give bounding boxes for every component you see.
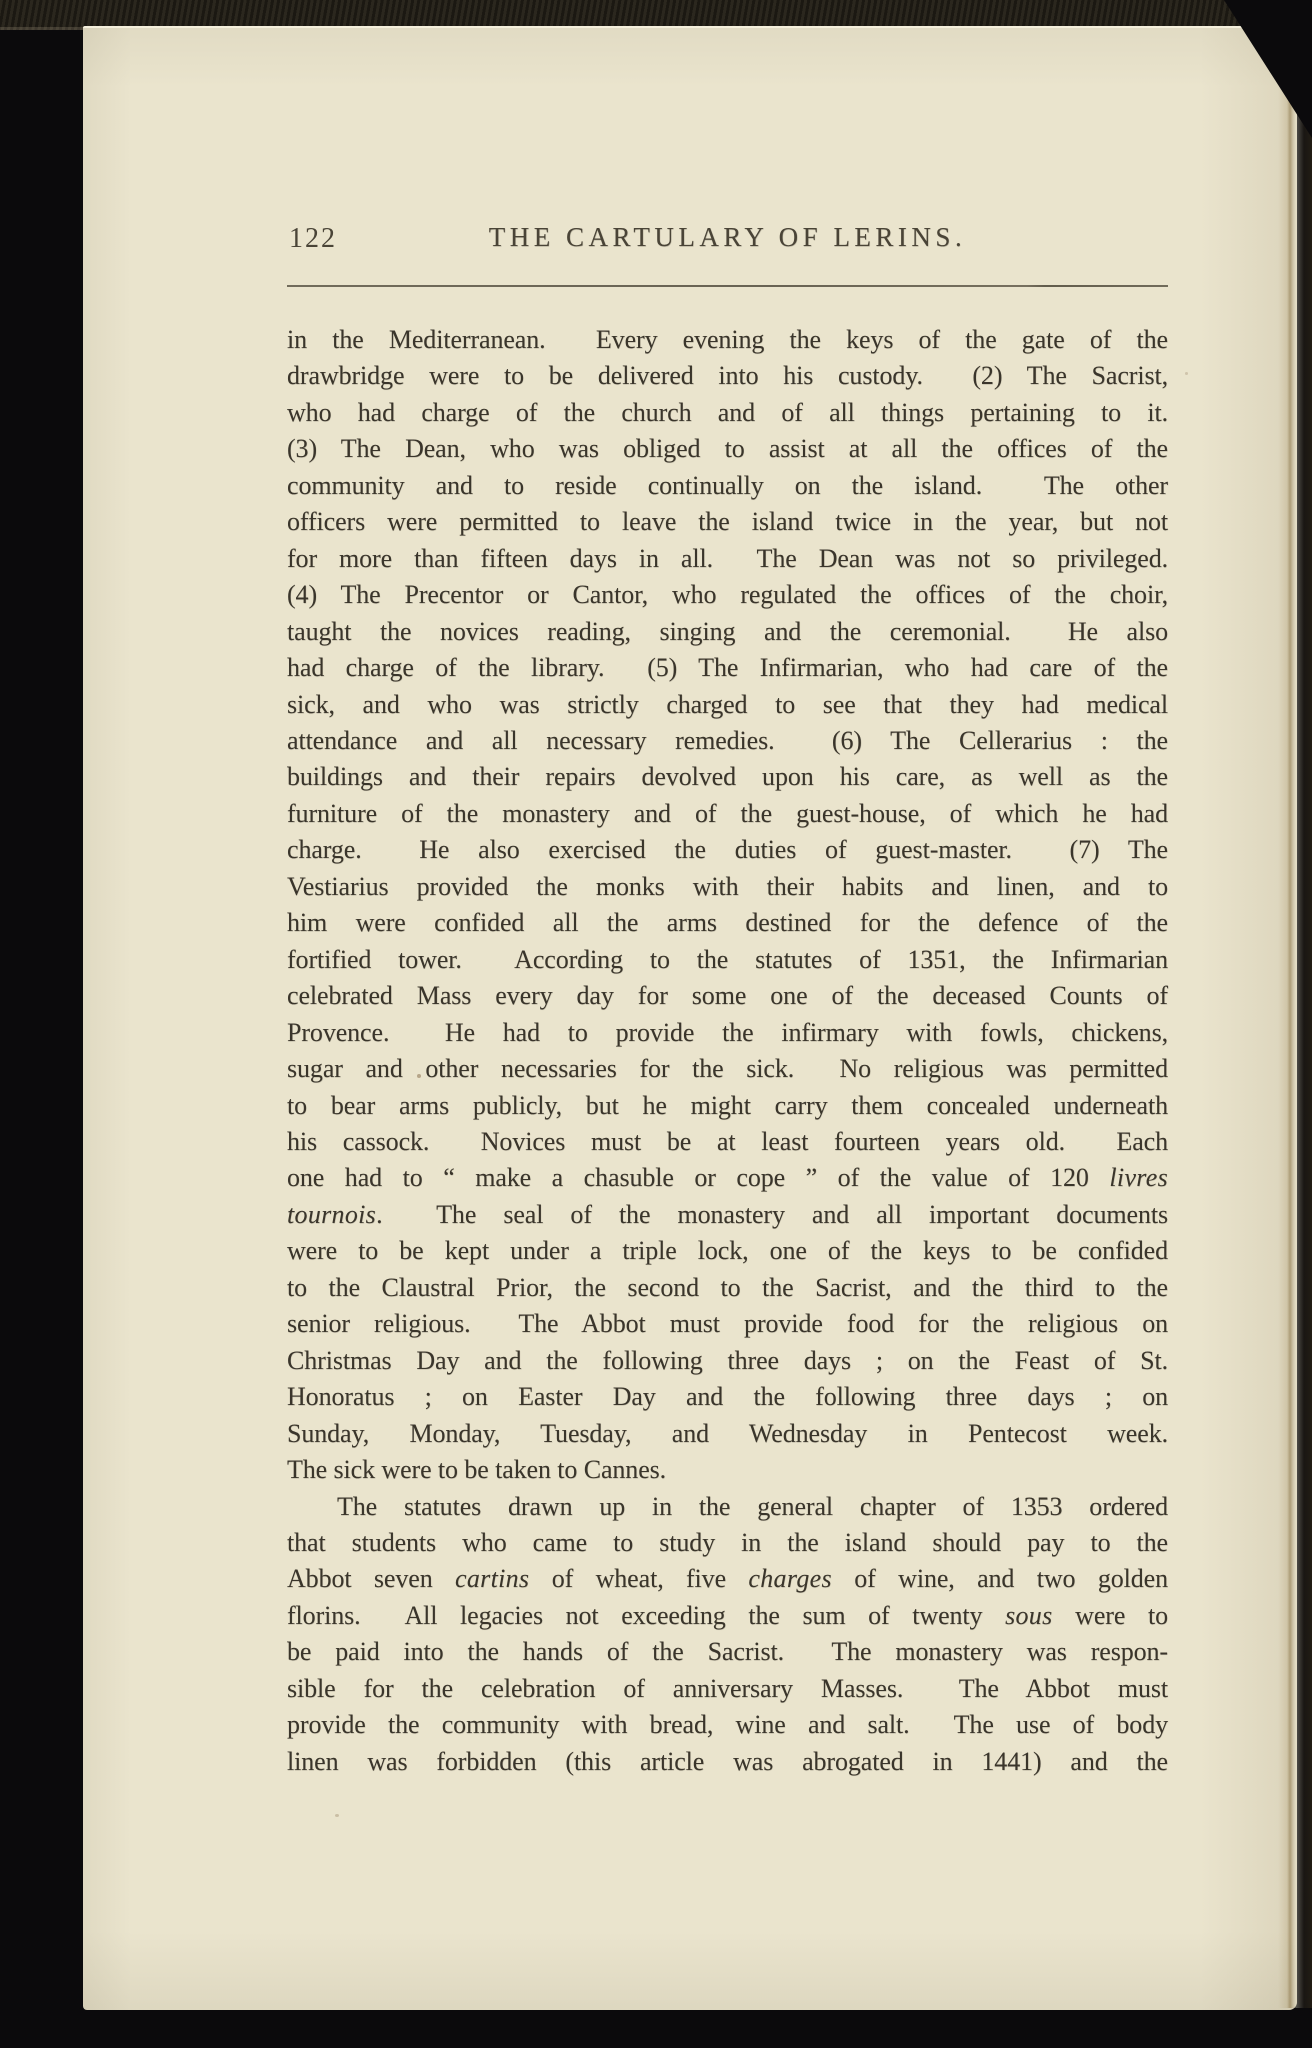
running-title: THE CARTULARY OF LERINS.: [287, 222, 1168, 253]
text-line: florins. All legacies not exceeding the …: [287, 1598, 1168, 1634]
text-line: furniture of the monastery and of the gu…: [287, 796, 1168, 832]
text-line: to the Claustral Prior, the second to th…: [287, 1270, 1168, 1306]
text-line: tournois. The seal of the monastery and …: [287, 1197, 1168, 1233]
text-line: fortified tower. According to the statut…: [287, 942, 1168, 978]
text-line: sugar and other necessaries for the sick…: [287, 1051, 1168, 1087]
text-line: Christmas Day and the following three da…: [287, 1343, 1168, 1379]
text-line: had charge of the library. (5) The Infir…: [287, 650, 1168, 686]
text-line: his cassock. Novices must be at least fo…: [287, 1124, 1168, 1160]
text-line: celebrated Mass every day for some one o…: [287, 978, 1168, 1014]
text-line: (3) The Dean, who was obliged to assist …: [287, 431, 1168, 467]
text-line: linen was forbidden (this article was ab…: [287, 1744, 1168, 1780]
text-line: charge. He also exercised the duties of …: [287, 832, 1168, 868]
text-line: sible for the celebration of anniversary…: [287, 1671, 1168, 1707]
text-line: (4) The Precentor or Cantor, who regulat…: [287, 577, 1168, 613]
text-line: Vestiarius provided the monks with their…: [287, 869, 1168, 905]
text-line: Provence. He had to provide the infirmar…: [287, 1015, 1168, 1051]
page-edge-stack: [2, 30, 88, 2004]
text-line: were to be kept under a triple lock, one…: [287, 1233, 1168, 1269]
text-line: provide the community with bread, wine a…: [287, 1707, 1168, 1743]
text-line: sick, and who was strictly charged to se…: [287, 687, 1168, 723]
text-line: attendance and all necessary remedies. (…: [287, 723, 1168, 759]
text-line: who had charge of the church and of all …: [287, 395, 1168, 431]
text-line: drawbridge were to be delivered into his…: [287, 358, 1168, 394]
text-line: Sunday, Monday, Tuesday, and Wednesday i…: [287, 1416, 1168, 1452]
book-scan-photo: { "page": { "number": "122", "header_tit…: [0, 0, 1312, 2048]
text-line: to bear arms publicly, but he might carr…: [287, 1088, 1168, 1124]
paragraph: The statutes drawn up in the general cha…: [287, 1489, 1168, 1781]
text-line: Abbot seven cartins of wheat, five charg…: [287, 1561, 1168, 1597]
text-line: community and to reside continually on t…: [287, 468, 1168, 504]
text-line: one had to “ make a chasuble or cope ” o…: [287, 1160, 1168, 1196]
text-line: be paid into the hands of the Sacrist. T…: [287, 1634, 1168, 1670]
text-line: in the Mediterranean. Every evening the …: [287, 322, 1168, 358]
text-line: for more than fifteen days in all. The D…: [287, 541, 1168, 577]
paragraph: in the Mediterranean. Every evening the …: [287, 322, 1168, 1489]
text-line: taught the novices reading, singing and …: [287, 614, 1168, 650]
text-line: buildings and their repairs devolved upo…: [287, 759, 1168, 795]
page-gutter-fold: [1278, 26, 1312, 2008]
text-line: Honoratus ; on Easter Day and the follow…: [287, 1379, 1168, 1415]
text-block: in the Mediterranean. Every evening the …: [287, 322, 1168, 1780]
text-line: him were confided all the arms destined …: [287, 905, 1168, 941]
paper-speckle: [1185, 372, 1188, 375]
text-line: senior religious. The Abbot must provide…: [287, 1306, 1168, 1342]
text-line: that students who came to study in the i…: [287, 1525, 1168, 1561]
page-header: 122 THE CARTULARY OF LERINS.: [287, 222, 1168, 258]
text-line: officers were permitted to leave the isl…: [287, 504, 1168, 540]
header-rule: [287, 285, 1168, 287]
text-line: The sick were to be taken to Cannes.: [287, 1452, 1168, 1488]
text-line: The statutes drawn up in the general cha…: [287, 1489, 1168, 1525]
paper-speckle: [417, 1074, 421, 1078]
book-page: 122 THE CARTULARY OF LERINS. in the Medi…: [83, 26, 1297, 2010]
paper-speckle: [335, 1814, 339, 1817]
